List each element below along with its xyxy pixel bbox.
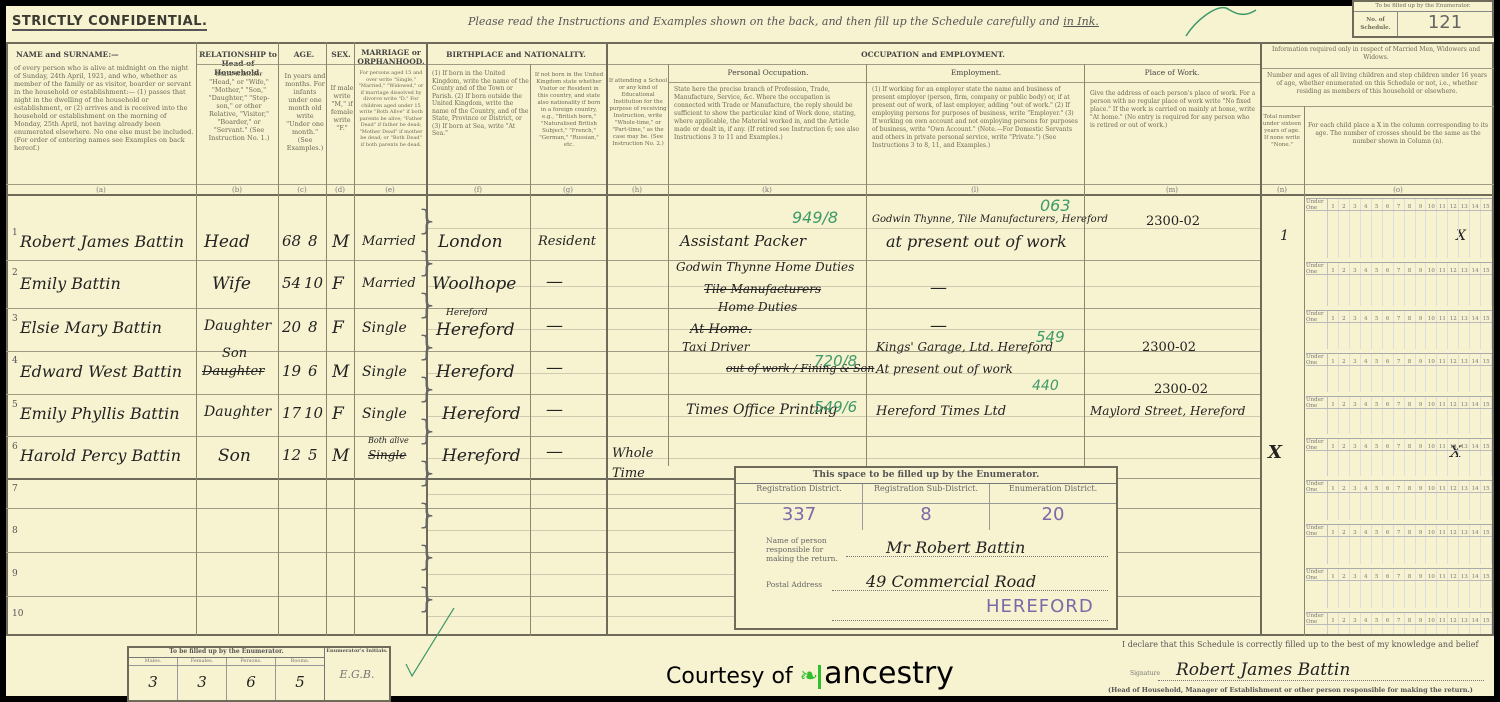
enumerator-box: This space to be filled up by the Enumer…	[734, 466, 1118, 630]
child-age-grid: Under One123456789101112131415	[1306, 480, 1492, 520]
relationship: Son	[218, 446, 251, 466]
child-age-grid: Under One123456789101112131415	[1306, 262, 1492, 306]
green-tick-icon	[404, 604, 464, 684]
ancestry-watermark: Courtesy of ❧ancestry	[666, 656, 954, 691]
occupation-code: 720/8	[814, 352, 857, 370]
col-c-instructions: In years and months. For infants under o…	[284, 72, 326, 152]
col-c-header: AGE.	[280, 50, 328, 59]
relationship: Head	[204, 232, 250, 252]
birthplace: Hereford	[442, 404, 521, 424]
instructions-line: Please read the Instructions and Example…	[468, 15, 1099, 28]
col-h-instructions: If attending a School or any kind of Edu…	[608, 78, 668, 148]
col-d-instructions: If male write "M," if female write "F."	[330, 84, 354, 132]
age-months: 8	[308, 232, 318, 250]
marriage: Single	[362, 406, 407, 422]
child-age-grid: Under One123456789101112131415	[1306, 198, 1492, 258]
occupation-struck: Tile Manufacturers	[704, 282, 821, 296]
relationship: Son	[222, 346, 247, 361]
school: Whole Time	[612, 444, 662, 484]
nationality: —	[546, 400, 563, 420]
employment: —	[930, 316, 947, 336]
name: Emily Battin	[20, 274, 121, 293]
col-m-header: Place of Work.	[1086, 68, 1258, 77]
occupation: Taxi Driver	[682, 340, 749, 354]
place-of-work: Maylord Street, Hereford	[1090, 404, 1245, 418]
age-years: 20	[282, 318, 301, 336]
employment-code: 063	[1040, 196, 1071, 215]
confidential-title: STRICTLY CONFIDENTIAL.	[12, 14, 207, 31]
place-of-work: 2300-02	[1142, 340, 1196, 355]
postal-address: 49 Commercial Road	[866, 572, 1036, 591]
occupation-group-header: OCCUPATION and EMPLOYMENT.	[608, 50, 1258, 59]
age-months: 8	[308, 318, 318, 336]
col-o-instructions: For each child place a X in the column c…	[1306, 122, 1490, 146]
postal-town: HEREFORD	[986, 596, 1094, 617]
signature: Robert James Battin	[1176, 660, 1350, 680]
enumeration-district: 20	[990, 504, 1116, 525]
marriage: Both alive	[368, 436, 409, 445]
marriage: Single	[362, 364, 407, 380]
census-schedule: STRICTLY CONFIDENTIAL. Please read the I…	[6, 6, 1494, 696]
col-m-instructions: Give the address of each person's place …	[1090, 90, 1256, 130]
employment: Kings' Garage, Ltd. Hereford	[876, 340, 1053, 354]
name: Robert James Battin	[20, 232, 184, 251]
nationality: —	[546, 358, 563, 378]
occupation: Home Duties	[718, 300, 797, 314]
sex: F	[332, 318, 344, 338]
col-f-instructions: (1) If born in the United Kingdom, write…	[432, 70, 530, 138]
ancestry-leaf-icon: ❧	[800, 664, 818, 689]
males-count: 3	[129, 666, 178, 700]
relationship-struck: Daughter	[202, 364, 264, 379]
bracket-icons: }}}}}}}}}}	[418, 200, 436, 620]
birthplace: Hereford	[436, 362, 515, 382]
age-months: 5	[308, 446, 318, 464]
age-years: 17	[282, 404, 301, 422]
birthplace: Woolhope	[432, 274, 516, 294]
nationality: —	[546, 316, 563, 336]
occupation-code: 549/6	[814, 398, 857, 416]
name: Emily Phyllis Battin	[20, 404, 180, 423]
marriage: Single	[362, 320, 407, 336]
sex: M	[332, 232, 349, 252]
marriage: Married	[362, 276, 416, 291]
birthplace: Hereford	[436, 320, 515, 340]
rooms-count: 5	[276, 666, 324, 700]
col-n-instructions: Total number under sixteen years of age.…	[1262, 114, 1302, 149]
age-months: 10	[304, 404, 323, 422]
relationship: Daughter	[204, 404, 271, 420]
employment-code: 549	[1036, 328, 1065, 346]
females-count: 3	[178, 666, 227, 700]
nationality: Resident	[538, 234, 596, 249]
col-e-instructions: For persons aged 15 and over write "Sing…	[358, 70, 424, 148]
registration-subdistrict: 8	[863, 504, 989, 525]
place-of-work: 2300-02	[1146, 214, 1200, 229]
employment: —	[930, 278, 947, 298]
name: Elsie Mary Battin	[20, 318, 162, 337]
child-age-grid: Under One123456789101112131415	[1306, 612, 1492, 634]
nationality: —	[546, 272, 563, 292]
col-g-instructions: If not born in the United Kingdom state …	[534, 72, 604, 149]
col-a-instructions: of every person who is alive at midnight…	[14, 64, 194, 152]
employment-status: at present out of work	[886, 232, 1067, 251]
employment-code: 440	[1032, 378, 1059, 394]
birthplace: London	[438, 232, 503, 252]
sex: M	[332, 362, 349, 382]
declaration-text: I declare that this Schedule is correctl…	[1122, 640, 1478, 649]
col-l-header: Employment.	[868, 68, 1084, 77]
occupation-struck: At Home.	[690, 322, 752, 337]
birthplace-note: Hereford	[446, 308, 488, 318]
col-k-instructions: State here the precise branch of Profess…	[674, 86, 862, 142]
relationship: Daughter	[204, 318, 271, 334]
schedule-number-box: To be filled up by the Enumerator. No. o…	[1352, 0, 1494, 38]
relationship: Wife	[212, 274, 251, 294]
age-months: 6	[308, 362, 318, 380]
nationality: —	[546, 442, 563, 462]
age-years: 12	[282, 446, 301, 464]
name: Harold Percy Battin	[20, 446, 181, 465]
place-code: 2300-02	[1154, 382, 1208, 397]
col-d-header: SEX.	[328, 50, 354, 59]
child-age-grid: Under One123456789101112131415	[1306, 396, 1492, 434]
child-age-grid: Under One123456789101112131415	[1306, 310, 1492, 349]
registration-district: 337	[736, 504, 862, 525]
child-age-grid: Under One123456789101112131415	[1306, 353, 1492, 392]
name: Edward West Battin	[20, 362, 182, 381]
responsible-person: Mr Robert Battin	[886, 538, 1025, 557]
married-children-header: Number and ages of all living children a…	[1264, 72, 1490, 96]
col-b-instructions: State whether "Head," or "Wife," "Mother…	[202, 70, 276, 142]
col-l-instructions: (1) If working for an employer state the…	[872, 86, 1080, 150]
sex: F	[332, 404, 344, 424]
child-age-grid: Under One123456789101112131415	[1306, 524, 1492, 564]
age-years: 19	[282, 362, 301, 380]
col-f-header: BIRTHPLACE and NATIONALITY.	[428, 50, 604, 59]
col-a-header: NAME and SURNAME:—	[10, 50, 194, 59]
occupation: Godwin Thynne Home Duties	[676, 260, 854, 274]
col-k-header: Personal Occupation.	[670, 68, 866, 77]
sex: M	[332, 446, 349, 466]
green-check-mark-icon	[1181, 0, 1261, 40]
enumerator-initials: E.G.B.	[325, 668, 389, 681]
age-years: 54	[282, 274, 301, 292]
signature-caption: (Head of Household, Manager of Establish…	[1108, 686, 1473, 694]
employment: Godwin Thynne, Tile Manufacturers, Heref…	[872, 214, 1108, 225]
sex: F	[332, 274, 344, 294]
occupation: Assistant Packer	[680, 232, 806, 250]
schedule-number: 121	[1398, 12, 1492, 36]
persons-count: 6	[227, 666, 276, 700]
child-age-grid: Under One123456789101112131415	[1306, 568, 1492, 608]
birthplace: Hereford	[442, 446, 521, 466]
age-years: 68	[282, 232, 301, 250]
enumerator-summary-box: To be filled up by the Enumerator. Males…	[127, 646, 391, 702]
child-age-grid: Under One123456789101112131415	[1306, 438, 1492, 476]
employment: Hereford Times Ltd	[876, 404, 1006, 419]
children-total: X	[1268, 442, 1282, 463]
children-total: 1	[1280, 228, 1289, 244]
married-info-header: Information required only in respect of …	[1262, 46, 1490, 62]
marriage-struck: Single	[368, 448, 406, 462]
marriage: Married	[362, 234, 416, 249]
occupation-code: 949/8	[792, 208, 838, 227]
age-months: 10	[304, 274, 323, 292]
employment-status: At present out of work	[876, 362, 1013, 376]
